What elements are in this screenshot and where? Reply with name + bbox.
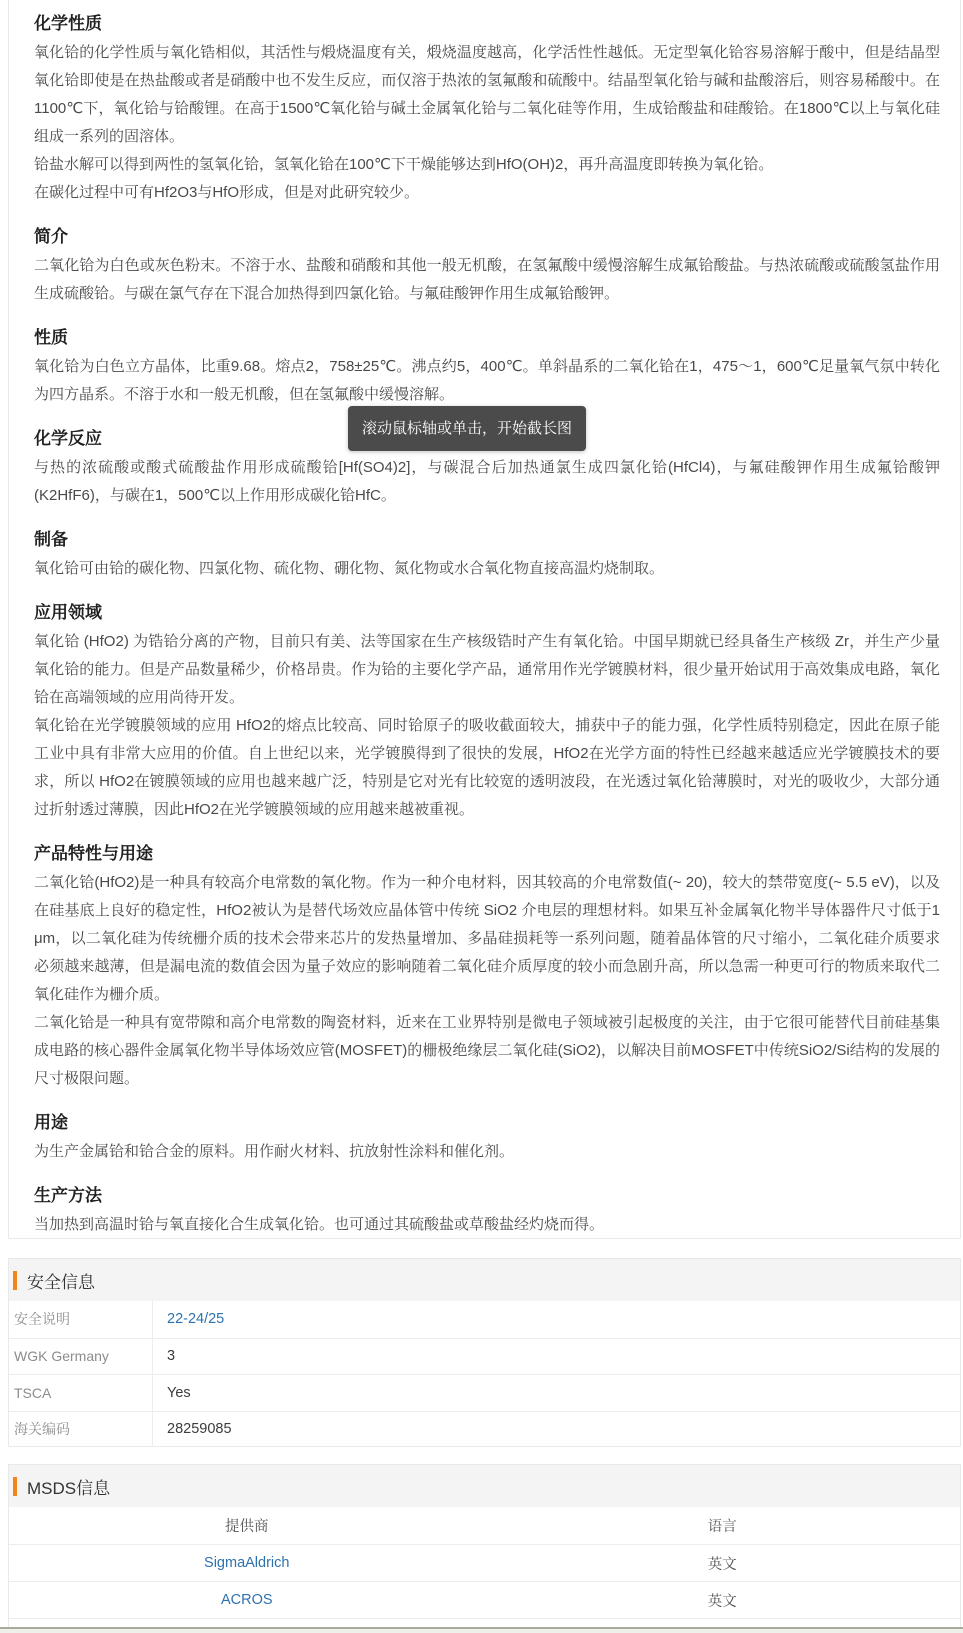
table-row: 安全说明 22-24/25	[9, 1301, 960, 1338]
section-heading-chemical-properties: 化学性质	[34, 12, 940, 36]
msds-info-title-bar: MSDS信息	[9, 1465, 960, 1507]
section-heading-application-fields: 应用领域	[34, 601, 940, 625]
safety-info-panel: 安全信息 安全说明 22-24/25 WGK Germany 3 TSCA Ye…	[8, 1258, 961, 1447]
safety-row-value: 22-24/25	[153, 1311, 224, 1327]
paragraph: 氧化铪的化学性质与氧化锆相似，其活性与煅烧温度有关，煅烧温度越高，化学活性性越低…	[34, 39, 940, 151]
capture-tooltip[interactable]: 滚动鼠标轴或单击，开始截长图	[348, 406, 586, 451]
table-row: ACROS 英文	[9, 1582, 960, 1619]
msds-info-panel: MSDS信息 提供商 语言 SigmaAldrich 英文 ACROS 英文	[8, 1464, 961, 1633]
paragraph: 氧化铪 (HfO2) 为锆铪分离的产物，目前只有美、法等国家在生产核级锆时产生有…	[34, 628, 940, 712]
paragraph: 为生产金属铪和铪合金的原料。用作耐火材料、抗放射性涂料和催化剂。	[34, 1138, 940, 1166]
msds-header-language: 语言	[485, 1515, 961, 1536]
safety-info-title: 安全信息	[27, 1268, 95, 1293]
paragraph: 氧化铪可由铪的碳化物、四氯化物、硫化物、硼化物、氮化物或水合氧化物直接高温灼烧制…	[34, 555, 940, 583]
msds-header-row: 提供商 语言	[9, 1507, 960, 1545]
table-row: WGK Germany 3	[9, 1338, 960, 1375]
section-heading-preparation: 制备	[34, 528, 940, 552]
msds-language-cell: 英文	[485, 1590, 961, 1611]
table-row: TSCA Yes	[9, 1374, 960, 1411]
section-heading-introduction: 简介	[34, 225, 940, 249]
msds-provider-cell: SigmaAldrich	[9, 1555, 485, 1571]
table-row: SigmaAldrich 英文	[9, 1545, 960, 1582]
section-heading-product-features-uses: 产品特性与用途	[34, 842, 940, 866]
paragraph: 在碳化过程中可有Hf2O3与HfO形成，但是对此研究较少。	[34, 179, 940, 207]
page-bottom-divider	[0, 1627, 963, 1633]
msds-language-cell: 英文	[485, 1553, 961, 1574]
msds-provider-link[interactable]: SigmaAldrich	[204, 1555, 289, 1571]
accent-bar-icon	[13, 1477, 17, 1496]
safety-row-label: TSCA	[9, 1375, 153, 1411]
safety-info-title-bar: 安全信息	[9, 1259, 960, 1301]
safety-row-label: WGK Germany	[9, 1339, 153, 1375]
msds-header-provider: 提供商	[9, 1515, 485, 1536]
safety-row-value: Yes	[153, 1385, 191, 1401]
paragraph: 与热的浓硫酸或酸式硫酸盐作用形成硫酸铪[Hf(SO4)2]，与碳混合后加热通氯生…	[34, 454, 940, 510]
paragraph: 当加热到高温时铪与氧直接化合生成氧化铪。也可通过其硫酸盐或草酸盐经灼烧而得。	[34, 1211, 940, 1239]
paragraph: 氧化铪为白色立方晶体，比重9.68。熔点2，758±25℃。沸点约5，400℃。…	[34, 353, 940, 409]
accent-bar-icon	[13, 1271, 17, 1290]
section-heading-uses: 用途	[34, 1111, 940, 1135]
msds-info-title: MSDS信息	[27, 1474, 110, 1499]
safety-row-label: 海关编码	[9, 1412, 153, 1448]
paragraph: 二氧化铪为白色或灰色粉末。不溶于水、盐酸和硝酸和其他一般无机酸，在氢氟酸中缓慢溶…	[34, 252, 940, 308]
section-heading-production-method: 生产方法	[34, 1184, 940, 1208]
msds-provider-cell: ACROS	[9, 1592, 485, 1608]
safety-row-value: 3	[153, 1348, 175, 1364]
article-panel: 化学性质 氧化铪的化学性质与氧化锆相似，其活性与煅烧温度有关，煅烧温度越高，化学…	[8, 0, 961, 1239]
paragraph: 二氧化铪是一种具有宽带隙和高介电常数的陶瓷材料，近来在工业界特别是微电子领域被引…	[34, 1009, 940, 1093]
paragraph: 二氧化铪(HfO2)是一种具有较高介电常数的氧化物。作为一种介电材料，因其较高的…	[34, 869, 940, 1009]
table-row: 海关编码 28259085	[9, 1411, 960, 1448]
paragraph: 氧化铪在光学镀膜领域的应用 HfO2的熔点比较高、同时铪原子的吸收截面较大，捕获…	[34, 712, 940, 824]
msds-provider-link[interactable]: ACROS	[221, 1592, 273, 1608]
safety-row-value: 28259085	[153, 1421, 232, 1437]
section-heading-properties: 性质	[34, 326, 940, 350]
safety-row-label: 安全说明	[9, 1301, 153, 1338]
paragraph: 铪盐水解可以得到两性的氢氧化铪，氢氧化铪在100℃下干燥能够达到HfO(OH)2…	[34, 151, 940, 179]
safety-statements-link[interactable]: 22-24/25	[167, 1311, 224, 1327]
